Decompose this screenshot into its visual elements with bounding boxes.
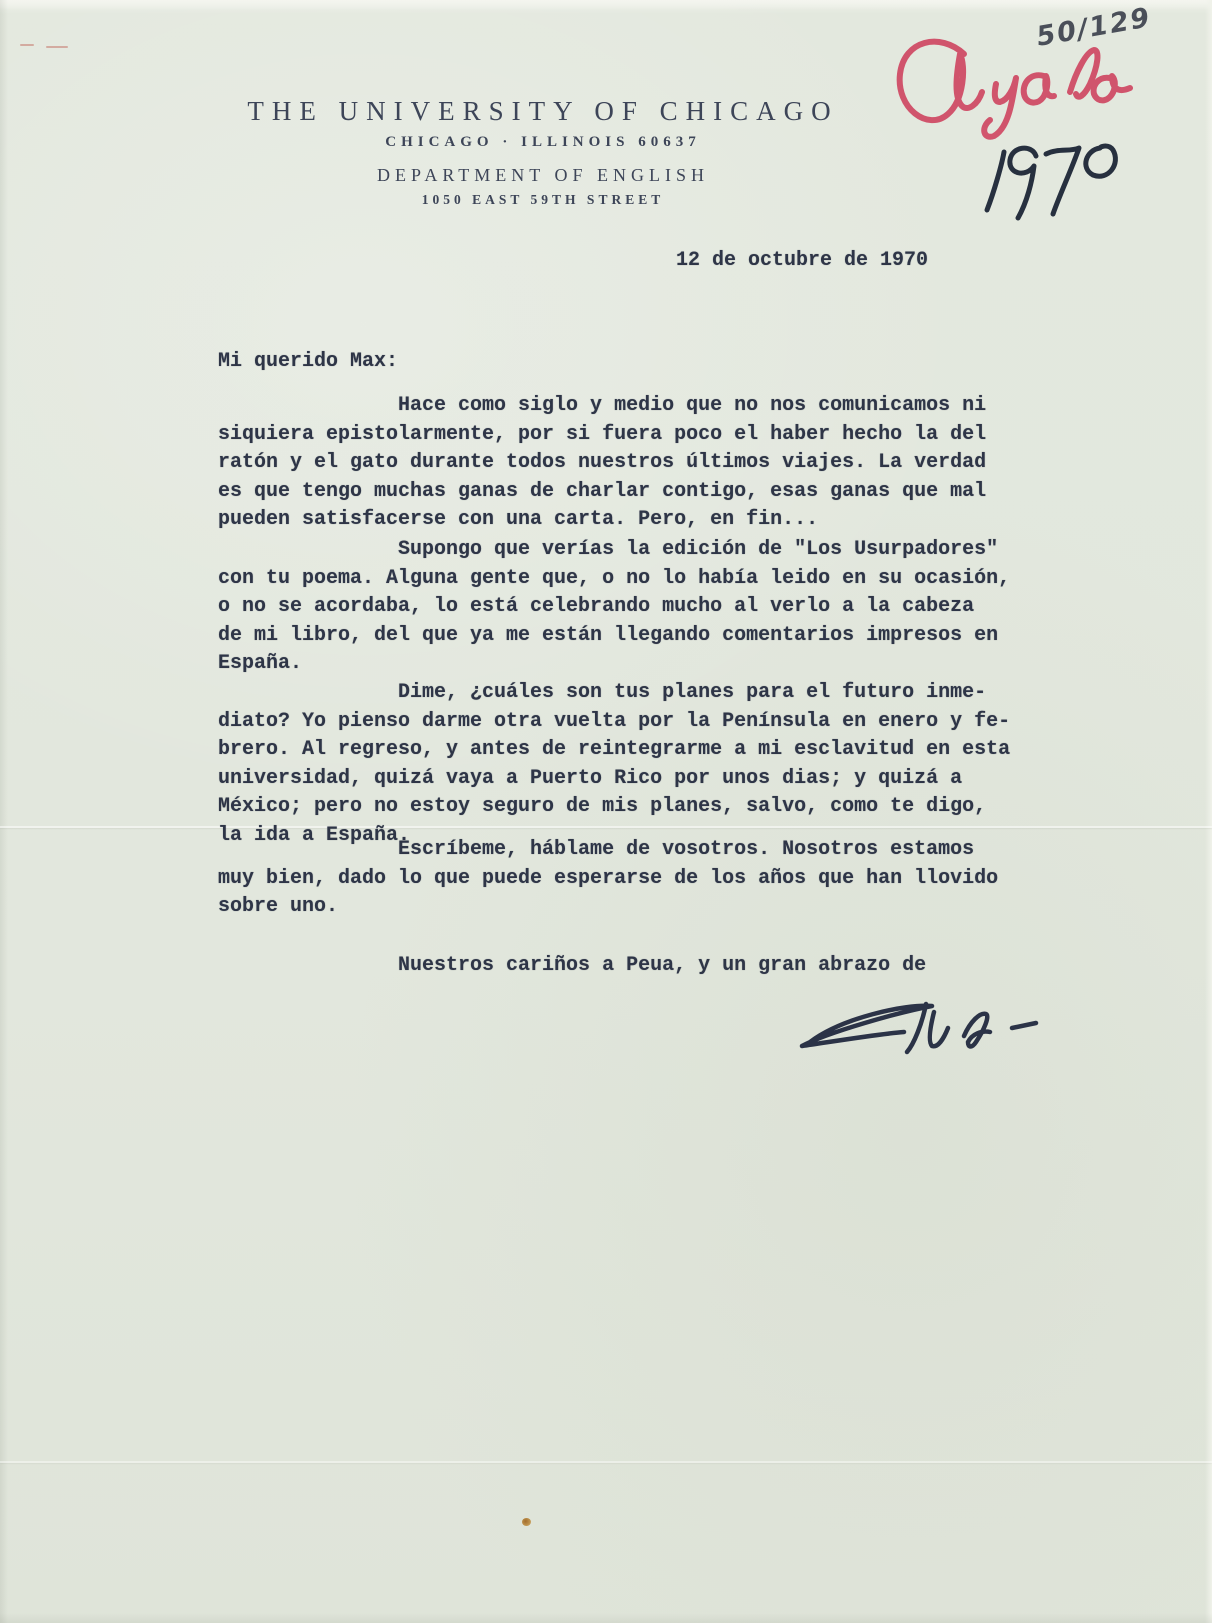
paper-stain: [522, 1518, 531, 1526]
scan-edge-right: [1205, 0, 1212, 1623]
handwritten-year-ink: [972, 138, 1144, 224]
paper-fold-line: [0, 1461, 1212, 1463]
letterhead-department: DEPARTMENT OF ENGLISH: [0, 165, 1086, 186]
body-paragraph-2: Supongo que verías la edición de "Los Us…: [218, 536, 1010, 679]
letter-page: THE UNIVERSITY OF CHICAGO CHICAGO · ILLI…: [0, 0, 1212, 1623]
closing-line: Nuestros cariños a Peua, y un gran abraz…: [218, 952, 926, 981]
body-paragraph-4: Escríbeme, háblame de vosotros. Nosotros…: [218, 836, 998, 922]
paper-mark: [20, 44, 34, 46]
scan-edge-left: [0, 0, 8, 1623]
body-paragraph-1: Hace como siglo y medio que no nos comun…: [218, 392, 986, 535]
letter-date: 12 de octubre de 1970: [676, 247, 928, 276]
scan-edge-top: [0, 0, 1212, 10]
signature-scrawl: [782, 990, 1054, 1064]
body-paragraph-3: Dime, ¿cuáles son tus planes para el fut…: [218, 679, 1010, 850]
salutation: Mi querido Max:: [218, 348, 398, 377]
paper-mark: [46, 46, 68, 48]
scan-edge-bottom: [0, 1613, 1212, 1623]
letterhead-address: 1050 EAST 59TH STREET: [0, 192, 1086, 208]
handwritten-name-red-ink: [886, 30, 1138, 152]
